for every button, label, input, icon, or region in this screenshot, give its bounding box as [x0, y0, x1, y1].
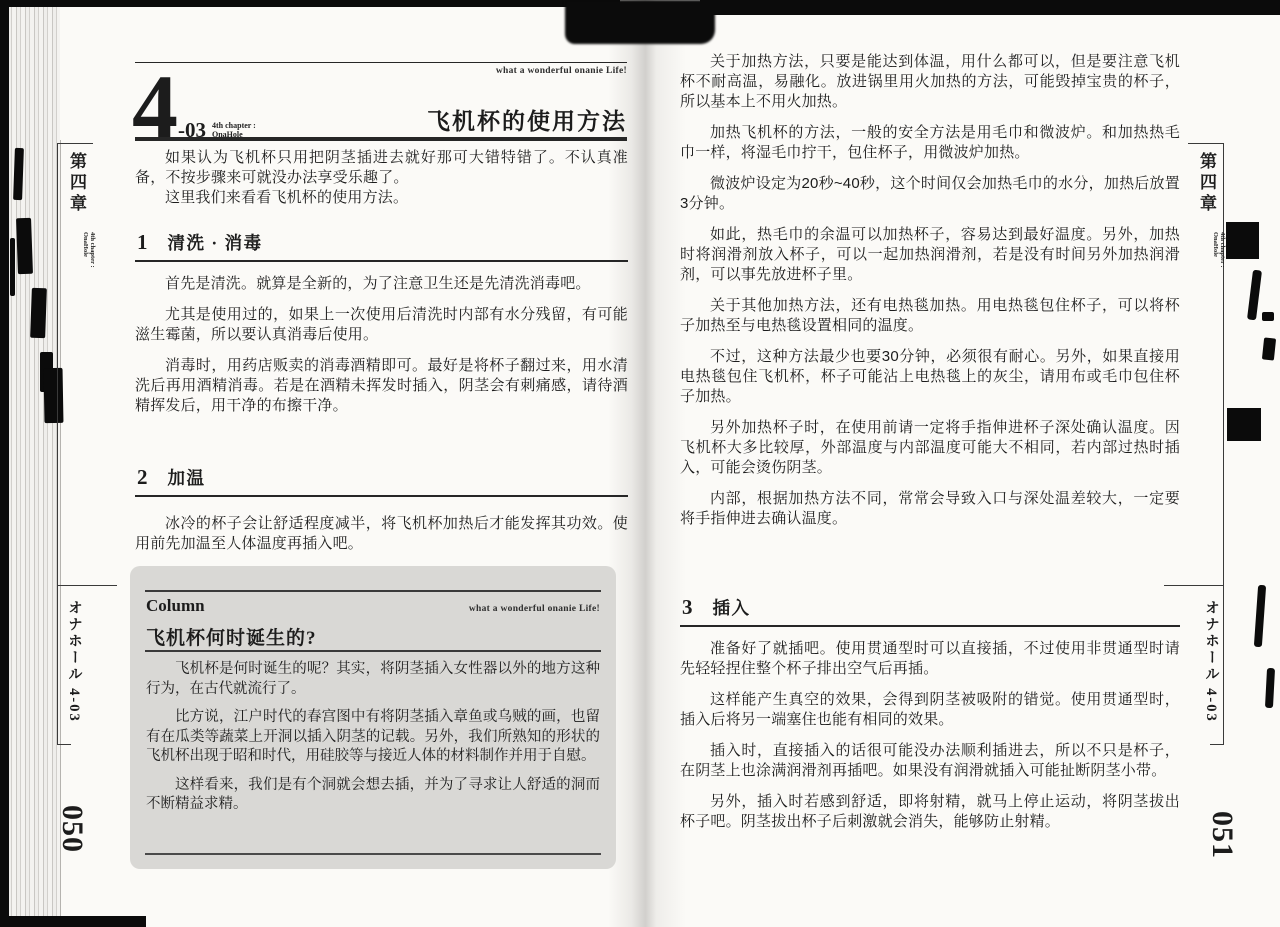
intro-paragraph: 这里我们来看看飞机杯的使用方法。: [135, 188, 628, 208]
left-page-content: 如果认为飞机杯只用把阴茎插进去就好那可大错特错了。不认真准备，不按步骤来可就没办…: [135, 148, 628, 565]
margin-tick: [57, 143, 93, 144]
margin-chapter-sublabel: 4th chapter : OnaHole: [1212, 232, 1226, 268]
section-number: 3: [682, 595, 693, 620]
edge-mark: [1227, 408, 1261, 441]
column-title-rule: [145, 650, 601, 652]
body-paragraph: 首先是清洗。就算是全新的，为了注意卫生还是先清洗消毒吧。: [135, 274, 628, 294]
edge-mark: [1262, 337, 1276, 360]
edge-mark: [1262, 312, 1274, 321]
book-spread-scan: what a wonderful onanie Life! 4 -03 4th …: [0, 0, 1280, 927]
chapter-sub-line2: OnaHole: [1212, 232, 1219, 257]
body-paragraph: 准备好了就插吧。使用贯通型时可以直接插，不过使用非贯通型时请先轻轻捏住整个杯子排…: [680, 639, 1180, 679]
section-heading-3: 3 插入: [680, 595, 1180, 627]
body-paragraph: 冰冷的杯子会让舒适程度减半，将飞机杯加热后才能发挥其功效。使用前先加温至人体温度…: [135, 514, 628, 554]
column-paragraph: 飞机杯是何时诞生的呢？其实，将阴茎插入女性器以外的地方这种行为，在古代就流行了。: [146, 660, 600, 699]
column-header: Column what a wonderful onanie Life!: [146, 596, 600, 616]
body-paragraph: 尤其是使用过的，如果上一次使用后清洗时内部有水分残留，有可能滋生霉菌，所以要认真…: [135, 305, 628, 345]
column-label: Column: [146, 596, 205, 616]
body-paragraph: 另外，插入时若感到舒适，即将射精，就马上停止运动，将阴茎拔出杯子吧。阴茎拔出杯子…: [680, 792, 1180, 832]
body-paragraph: 关于加热方法，只要是能达到体温，用什么都可以，但是要注意飞机杯不耐高温，易融化。…: [680, 52, 1180, 112]
section-title: 加温: [168, 465, 206, 490]
right-page-content: 关于加热方法，只要是能达到体温，用什么都可以，但是要注意飞机杯不耐高温，易融化。…: [680, 52, 1180, 843]
scan-bottom-band-left: [0, 916, 146, 927]
body-paragraph: 不过，这种方法最少也要30分钟，必须很有耐心。另外，如果直接用电热毯包住飞机杯，…: [680, 347, 1180, 407]
margin-tick: [57, 744, 71, 745]
scan-top-band-middle: [565, 0, 715, 44]
section-heading-1: 1 清洗 · 消毒: [135, 230, 628, 262]
section-title: 插入: [713, 595, 751, 620]
body-paragraph: 如此，热毛巾的余温可以加热杯子，容易达到最好温度。另外，加热时将润滑剂放入杯子，…: [680, 225, 1180, 285]
margin-chapter-sublabel: 4th chapter : OnaHole: [82, 232, 96, 268]
column-top-rule: [145, 590, 601, 592]
body-paragraph: 关于其他加热方法，还有电热毯加热。用电热毯包住杯子，可以将杯子加热至与电热毯设置…: [680, 296, 1180, 336]
edge-mark: [10, 238, 15, 296]
margin-rule: [57, 143, 58, 745]
header-top-rule: [135, 62, 627, 63]
section-title: 清洗 · 消毒: [168, 230, 263, 255]
edge-mark: [13, 148, 24, 200]
scan-left-band: [0, 0, 9, 927]
margin-tick: [1210, 744, 1224, 745]
margin-tick: [1164, 585, 1224, 586]
body-paragraph: 消毒时，用药店贩卖的消毒酒精即可。最好是将杯子翻过来，用水清洗后再用酒精消毒。若…: [135, 356, 628, 416]
body-paragraph: 插入时，直接插入的话很可能没办法顺利插进去，所以不只是杯子，在阴茎上也涂满润滑剂…: [680, 741, 1180, 781]
edge-mark: [16, 218, 33, 274]
body-paragraph: 另外加热杯子时，在使用前请一定将手指伸进杯子深处确认温度。因飞机杯大多比较厚，外…: [680, 418, 1180, 478]
scan-top-band-left: [0, 0, 620, 7]
header-bottom-rule: [135, 137, 627, 141]
chapter-sub-line1: 4th chapter :: [89, 232, 96, 268]
margin-footer-label: オナホール 4-03: [1201, 600, 1222, 723]
column-title: 飞机杯何时诞生的?: [146, 623, 317, 650]
scan-top-band-right: [700, 0, 1280, 15]
section-heading-2: 2 加温: [135, 465, 628, 497]
edge-mark: [1226, 222, 1259, 259]
margin-chapter-label: 第四章: [64, 152, 89, 215]
column-body: 飞机杯是何时诞生的呢？其实，将阴茎插入女性器以外的地方这种行为，在古代就流行了。…: [146, 660, 600, 824]
column-paragraph: 比方说，江户时代的春宫图中有将阴茎插入章鱼或乌贼的画，也留有在瓜类等蔬菜上开洞以…: [146, 708, 600, 767]
edge-mark: [1247, 270, 1262, 321]
margin-tick: [1188, 143, 1224, 144]
page-number-left: 050: [55, 805, 89, 853]
body-paragraph: 内部，根据加热方法不同，常常会导致入口与深处温差较大，一定要将手指伸进去确认温度…: [680, 489, 1180, 529]
column-paragraph: 这样看来，我们是有个洞就会想去插，并为了寻求让人舒适的洞而不断精益求精。: [146, 776, 600, 815]
page-number-right: 051: [1205, 811, 1239, 859]
column-bottom-rule: [145, 853, 601, 855]
margin-footer-label: オナホール 4-03: [64, 600, 85, 723]
page-title: 飞机杯的使用方法: [135, 103, 627, 136]
page-edge-stripes: [8, 6, 60, 927]
margin-tick: [57, 585, 117, 586]
edge-mark: [30, 288, 47, 338]
section-number: 1: [137, 230, 148, 255]
chapter-sub-line2: OnaHole: [82, 232, 89, 257]
body-paragraph: 这样能产生真空的效果，会得到阴茎被吸附的错觉。使用贯通型时，插入后将另一端塞住也…: [680, 690, 1180, 730]
section-number: 2: [137, 465, 148, 490]
body-paragraph: 微波炉设定为20秒~40秒，这个时间仅会加热毛巾的水分，加热后放置3分钟。: [680, 174, 1180, 214]
edge-mark: [1254, 585, 1266, 647]
edge-mark: [44, 368, 64, 423]
margin-chapter-label: 第四章: [1194, 152, 1219, 215]
edge-mark: [1265, 668, 1275, 708]
body-paragraph: 加热飞机杯的方法，一般的安全方法是用毛巾和微波炉。和加热热毛巾一样，将湿毛巾拧干…: [680, 123, 1180, 163]
column-slogan: what a wonderful onanie Life!: [469, 604, 600, 614]
column-box: Column what a wonderful onanie Life! 飞机杯…: [130, 566, 616, 869]
intro-paragraph: 如果认为飞机杯只用把阴茎插进去就好那可大错特错了。不认真准备，不按步骤来可就没办…: [135, 148, 628, 188]
chapter-sub-line1: 4th chapter :: [1219, 232, 1226, 268]
